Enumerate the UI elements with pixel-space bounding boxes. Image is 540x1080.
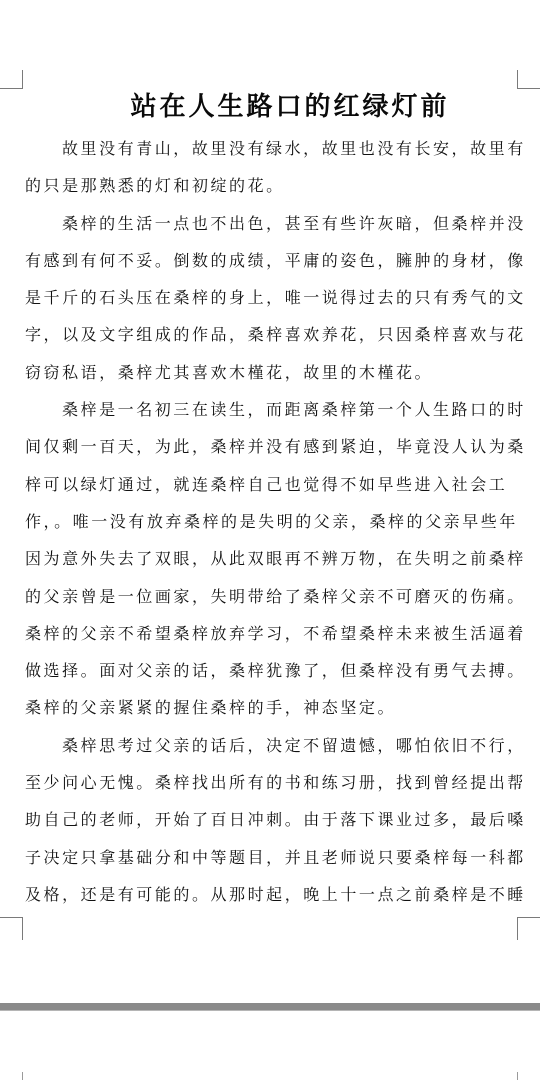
text-line: 是千斤的石头压在桑梓的身上，唯一说得过去的只有秀气的文 bbox=[0, 279, 509, 316]
text-line: 窃窃私语，桑梓尤其喜欢木槿花，故里的木槿花。 bbox=[0, 354, 509, 391]
text-line: 有感到有何不妥。倒数的成绩，平庸的姿色，臃肿的身材，像 bbox=[0, 242, 509, 279]
text-line: 作，。唯一没有放弃桑梓的是失明的父亲，桑梓的父亲早些年 bbox=[0, 503, 509, 540]
text-line: 的只是那熟悉的灯和初绽的花。 bbox=[25, 167, 509, 204]
text-line: 至少问心无愧。桑梓找出所有的书和练习册，找到曾经提出帮 bbox=[0, 764, 509, 801]
paragraph-1: 故里没有青山，故里没有绿水，故里也没有长安，故里有的只是那熟悉的灯和初绽的花。 bbox=[25, 130, 509, 205]
text-line: 梓可以绿灯通过，就连桑梓自己也觉得不如早些进入社会工 bbox=[0, 466, 509, 503]
text-line: 及格，还是有可能的。从那时起，晚上十一点之前桑梓是不睡 bbox=[0, 876, 509, 913]
paragraph-2: 桑梓的生活一点也不出色，甚至有些许灰暗，但桑梓并没有感到有何不妥。倒数的成绩，平… bbox=[25, 205, 509, 391]
text-line: 故里没有青山，故里没有绿水，故里也没有长安，故里有 bbox=[25, 130, 509, 167]
page-separator bbox=[0, 1003, 540, 1011]
next-document-page[interactable] bbox=[0, 1011, 540, 1080]
text-line: 助自己的老师，开始了百日冲刺。由于落下课业过多，最后嗓 bbox=[0, 801, 509, 838]
text-line: 桑梓的父亲不希望桑梓放弃学习，不希望桑梓未来被生活逼着 bbox=[0, 615, 509, 652]
page-corner-mark-bottom-right bbox=[517, 917, 540, 940]
document-page: 站在人生路口的红绿灯前 故里没有青山，故里没有绿水，故里也没有长安，故里有的只是… bbox=[0, 0, 540, 1003]
text-line: 桑梓的生活一点也不出色，甚至有些许灰暗，但桑梓并没 bbox=[25, 205, 509, 242]
text-line: 的父亲曾是一位画家，失明带给了桑梓父亲不可磨灭的伤痛。 bbox=[0, 578, 509, 615]
document-body: 故里没有青山，故里没有绿水，故里也没有长安，故里有的只是那熟悉的灯和初绽的花。 … bbox=[25, 130, 509, 913]
text-line: 因为意外失去了双眼，从此双眼再不辨万物，在失明之前桑梓 bbox=[0, 540, 509, 577]
text-line: 子决定只拿基础分和中等题目，并且老师说只要桑梓每一科都 bbox=[0, 839, 509, 876]
paragraph-4: 桑梓思考过父亲的话后，决定不留遗憾，哪怕依旧不行，至少问心无愧。桑梓找出所有的书… bbox=[25, 727, 509, 913]
text-line: 桑梓思考过父亲的话后，决定不留遗憾，哪怕依旧不行， bbox=[25, 727, 509, 764]
page-corner-mark-top-left bbox=[0, 70, 23, 89]
text-line: 做选择。面对父亲的话，桑梓犹豫了，但桑梓没有勇气去搏。 bbox=[0, 652, 509, 689]
paragraph-3: 桑梓是一名初三在读生，而距离桑梓第一个人生路口的时间仅剩一百天，为此，桑梓并没有… bbox=[25, 391, 509, 727]
page-corner-mark-top-right bbox=[517, 1072, 518, 1080]
page-corner-mark-top-right bbox=[517, 70, 540, 89]
text-line: 字，以及文字组成的作品，桑梓喜欢养花，只因桑梓喜欢与花 bbox=[0, 316, 509, 353]
page-corner-mark-top-left bbox=[22, 1072, 23, 1080]
text-line: 间仅剩一百天，为此，桑梓并没有感到紧迫，毕竟没人认为桑 bbox=[0, 428, 509, 465]
text-line: 桑梓的父亲紧紧的握住桑梓的手，神态坚定。 bbox=[0, 689, 509, 726]
page-corner-mark-bottom-left bbox=[0, 917, 23, 940]
document-title: 站在人生路口的红绿灯前 bbox=[0, 90, 540, 124]
text-line: 桑梓是一名初三在读生，而距离桑梓第一个人生路口的时 bbox=[25, 391, 509, 428]
